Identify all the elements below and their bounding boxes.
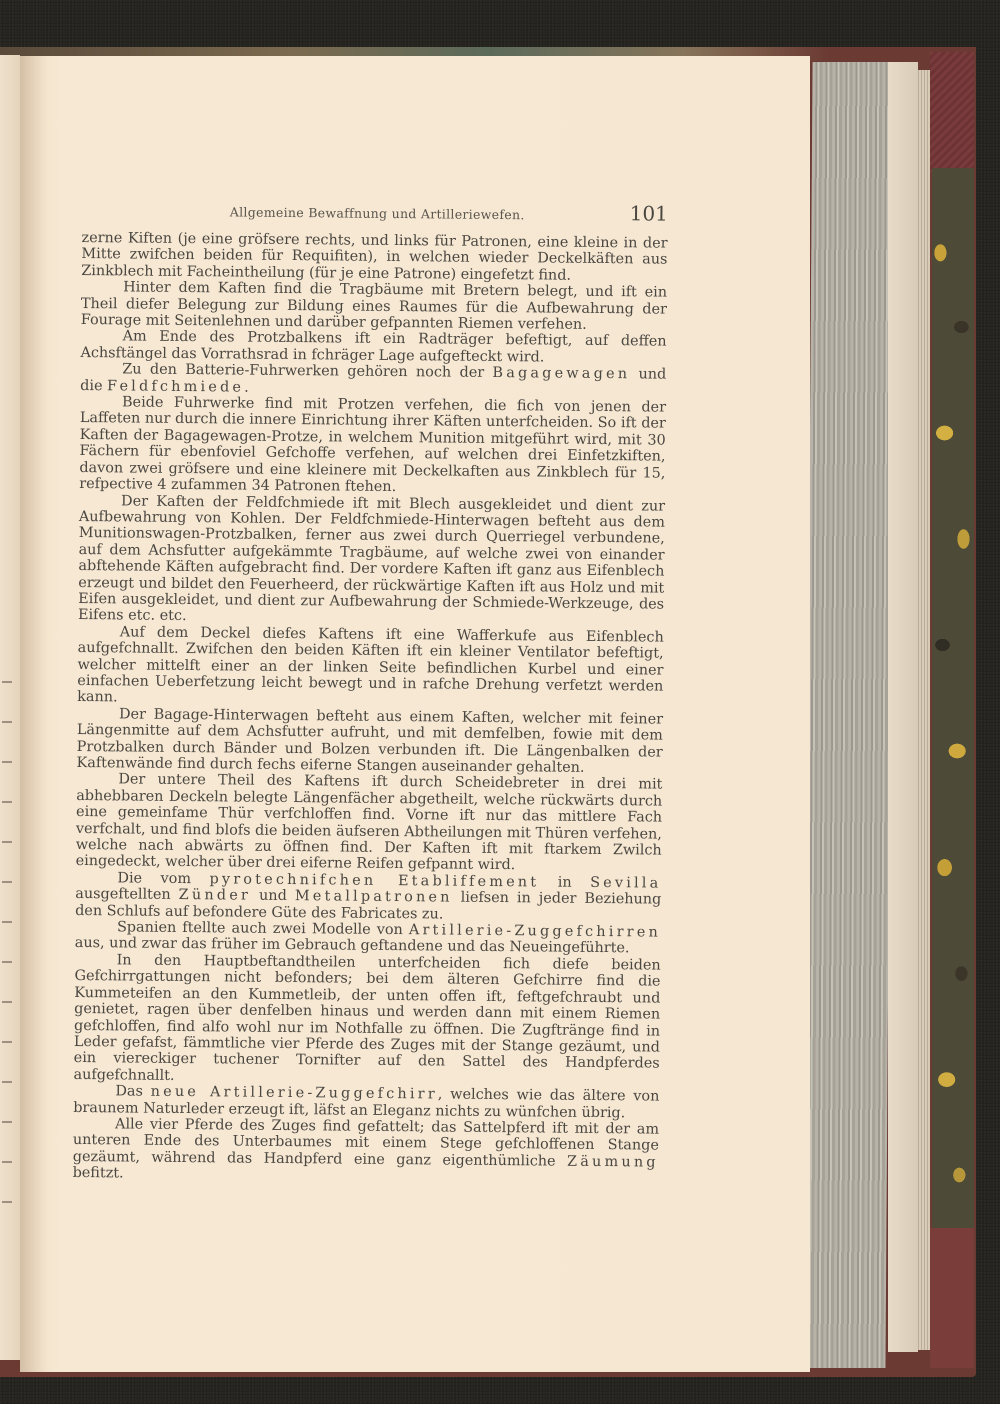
text-run: Der untere Theil des Kaftens ift durch S… bbox=[76, 772, 663, 874]
text-run: Das bbox=[115, 1083, 150, 1099]
text-run: In den Hauptbeftandtheilen unterfcheiden… bbox=[73, 952, 660, 1083]
text-run: und bbox=[251, 888, 295, 904]
emphasized-term: Zünder bbox=[179, 887, 251, 904]
leather-corner-bottom bbox=[930, 1228, 974, 1368]
running-title: Allgemeine Bewaffnung und Artilleriewefe… bbox=[230, 204, 525, 222]
paragraph: Der Kaften der Feldfchmiede ift mit Blec… bbox=[78, 492, 665, 629]
text-run: Hinter dem Kaften find die Tragbäume mit… bbox=[81, 280, 667, 333]
text-run: Der Bagage-Hinterwagen befteht aus einem… bbox=[76, 706, 663, 776]
emphasized-term: Feldfchmiede bbox=[107, 378, 244, 395]
paragraph: Der untere Theil des Kaftens ift durch S… bbox=[76, 771, 663, 875]
paragraph: In den Hauptbeftandtheilen unterfcheiden… bbox=[73, 952, 660, 1089]
text-run: Die vom bbox=[117, 870, 209, 887]
text-run: Am Ende des Protzbalkens ift ein Radträg… bbox=[80, 329, 666, 365]
text-run: befitzt. bbox=[73, 1165, 124, 1181]
facing-page-edge bbox=[0, 55, 20, 1360]
paragraph: Die vom pyrotechnifchen Etabliffement in… bbox=[75, 870, 661, 925]
emphasized-term: Sevilla bbox=[590, 875, 661, 892]
paragraph: Hinter dem Kaften find die Tragbäume mit… bbox=[81, 279, 667, 334]
page-block-inner bbox=[888, 62, 918, 1352]
running-head: Allgemeine Bewaffnung und Artilleriewefe… bbox=[230, 197, 668, 225]
gutter-shadow bbox=[20, 56, 48, 1372]
page-number: 101 bbox=[630, 201, 668, 225]
emphasized-term: Metallpatronen bbox=[295, 888, 453, 906]
facing-page-text-fragments bbox=[2, 655, 12, 1215]
leather-corner-top bbox=[930, 52, 974, 172]
page-content: Allgemeine Bewaffnung und Artilleriewefe… bbox=[73, 196, 668, 1187]
text-run: Der Kaften der Feldfchmiede ift mit Blec… bbox=[78, 493, 665, 624]
emphasized-term: Zäumung bbox=[567, 1153, 659, 1170]
text-run: ausgeftellten bbox=[75, 886, 179, 903]
text-run: . bbox=[244, 379, 249, 395]
body-text: zerne Kiften (je eine gröfsere rechts, u… bbox=[73, 230, 668, 1187]
emphasized-term: Artillerie-Zuggefchirren bbox=[409, 922, 661, 940]
paragraph: Alle vier Pferde des Zuges find gefattel… bbox=[73, 1116, 660, 1187]
text-run: Beide Fuhrwerke find mit Protzen verfehe… bbox=[79, 394, 666, 495]
marbled-cover-board bbox=[932, 168, 974, 1228]
paragraph: Auf dem Deckel diefes Kaftens ift eine W… bbox=[77, 624, 664, 712]
paragraph: zerne Kiften (je eine gröfsere rechts, u… bbox=[81, 230, 667, 285]
paragraph: Der Bagage-Hinterwagen befteht aus einem… bbox=[76, 706, 663, 777]
paragraph: Beide Fuhrwerke find mit Protzen verfehe… bbox=[79, 394, 666, 498]
emphasized-term: Bagagewagen bbox=[492, 365, 630, 382]
text-run: in bbox=[539, 874, 590, 890]
page-block-fore-edge bbox=[803, 62, 894, 1368]
text-run: Auf dem Deckel diefes Kaftens ift eine W… bbox=[77, 624, 664, 706]
text-run: zerne Kiften (je eine gröfsere rechts, u… bbox=[81, 230, 667, 284]
page-block-outer bbox=[916, 70, 930, 1350]
